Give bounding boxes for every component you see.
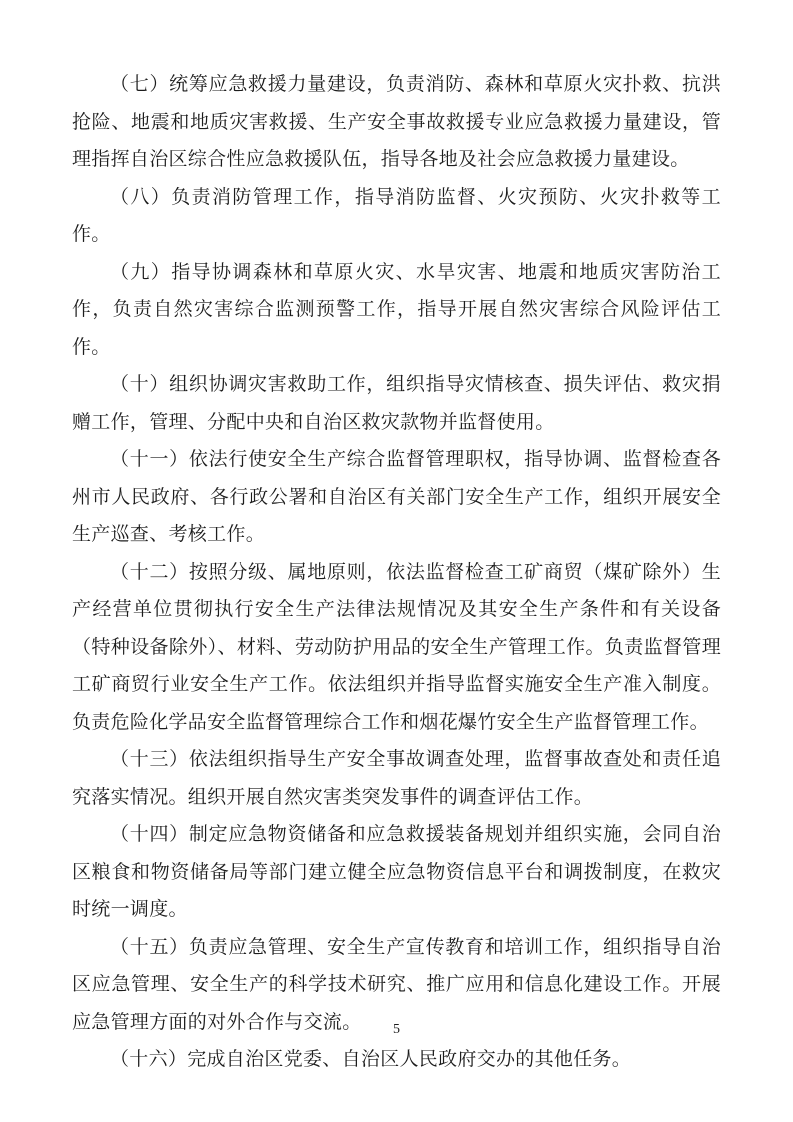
- clause-paragraph-8: （八）负责消防管理工作，指导消防监督、火灾预防、火灾扑救等工作。: [72, 179, 721, 254]
- document-page: （七）统筹应急救援力量建设，负责消防、森林和草原火灾扑救、抗洪抢险、地震和地质灾…: [0, 0, 793, 1122]
- clause-paragraph-9: （九）指导协调森林和草原火灾、水旱灾害、地震和地质灾害防治工作，负责自然灾害综合…: [72, 254, 721, 367]
- document-body: （七）统筹应急救援力量建设，负责消防、森林和草原火灾扑救、抗洪抢险、地震和地质灾…: [72, 66, 721, 1079]
- clause-paragraph-14: （十四）制定应急物资储备和应急救援装备规划并组织实施，会同自治区粮食和物资储备局…: [72, 816, 721, 929]
- clause-paragraph-11: （十一）依法行使安全生产综合监督管理职权，指导协调、监督检查各州市人民政府、各行…: [72, 441, 721, 554]
- clause-paragraph-16: （十六）完成自治区党委、自治区人民政府交办的其他任务。: [72, 1041, 721, 1079]
- page-footer: 5: [0, 1020, 793, 1038]
- page-number: 5: [393, 1022, 400, 1037]
- clause-paragraph-12: （十二）按照分级、属地原则，依法监督检查工矿商贸（煤矿除外）生产经营单位贯彻执行…: [72, 554, 721, 742]
- clause-paragraph-10: （十）组织协调灾害救助工作，组织指导灾情核查、损失评估、救灾捐赠工作，管理、分配…: [72, 366, 721, 441]
- clause-paragraph-7: （七）统筹应急救援力量建设，负责消防、森林和草原火灾扑救、抗洪抢险、地震和地质灾…: [72, 66, 721, 179]
- clause-paragraph-13: （十三）依法组织指导生产安全事故调查处理，监督事故查处和责任追究落实情况。组织开…: [72, 741, 721, 816]
